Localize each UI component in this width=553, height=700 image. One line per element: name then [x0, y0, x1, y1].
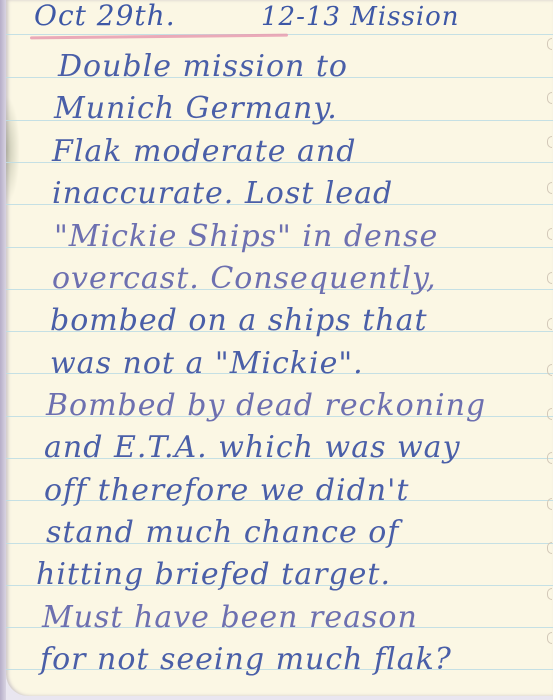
binding-hole: [547, 408, 552, 420]
spiral-holes: [547, 0, 553, 696]
binding-hole: [547, 588, 552, 600]
text-line: off therefore we didn't: [44, 476, 409, 506]
binding-hole: [547, 542, 552, 554]
text-line: Munich Germany.: [54, 94, 338, 124]
text-line: Bombed by dead reckoning: [46, 391, 486, 421]
diary-page: Oct 29th. 12-13 Mission Double mission t…: [6, 0, 553, 696]
text-line: and E.T.A. which was way: [44, 433, 461, 463]
binding-hole: [547, 92, 552, 104]
text-line: stand much chance of: [46, 518, 399, 548]
binding-hole: [547, 228, 552, 240]
text-line: Flak moderate and: [52, 137, 356, 167]
binding-hole: [547, 318, 552, 330]
binding-hole: [547, 136, 552, 148]
text-line: Must have been reason: [42, 603, 418, 633]
entry-date: Oct 29th.: [34, 2, 176, 30]
binding-hole: [547, 38, 552, 50]
text-line: Double mission to: [58, 52, 348, 82]
text-line: "Mickie Ships" in dense: [54, 222, 438, 252]
binding-hole: [547, 182, 552, 194]
text-line: inaccurate. Lost lead: [52, 179, 393, 209]
binding-hole: [547, 272, 552, 284]
paper-stain: [6, 95, 20, 205]
binding-hole: [547, 364, 552, 376]
text-line: for not seeing much flak?: [40, 645, 452, 675]
binding-hole: [547, 632, 552, 644]
mission-number: 12-13 Mission: [261, 4, 460, 30]
text-line: bombed on a ships that: [50, 306, 428, 336]
binding-hole: [547, 452, 552, 464]
text-line: overcast. Consequently,: [52, 264, 437, 294]
binding-hole: [547, 498, 552, 510]
text-line: hitting briefed target.: [36, 560, 391, 590]
text-line: was not a "Mickie".: [50, 349, 364, 379]
